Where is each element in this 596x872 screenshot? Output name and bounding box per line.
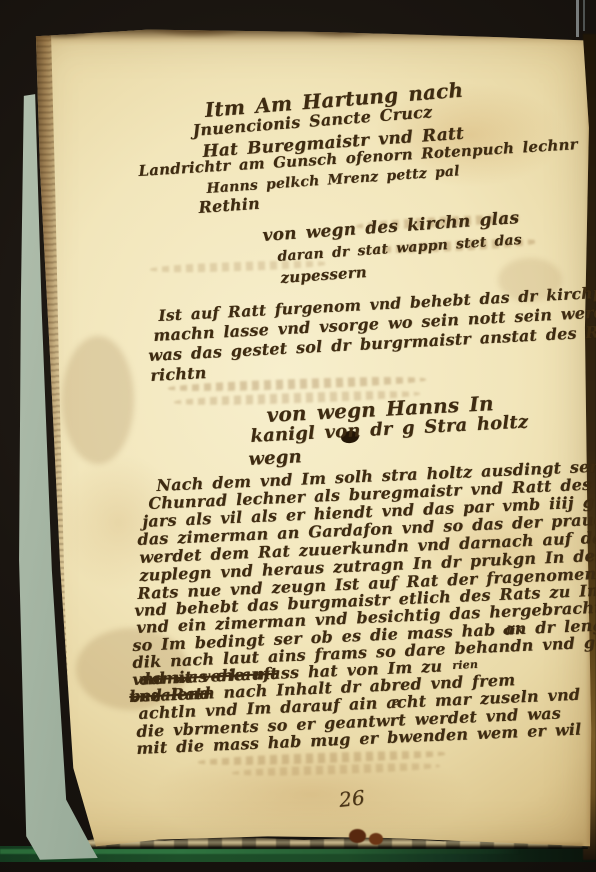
- book-clasp-line: [583, 0, 585, 31]
- interlinear-insertion: rien: [452, 659, 478, 671]
- manuscript-line: Rethin: [198, 196, 260, 216]
- stain-spot: [369, 833, 383, 845]
- stain-spot: [349, 829, 366, 843]
- book-clasp-line: [576, 0, 579, 37]
- manuscript-photo: Itm Am Hartung nach Jnuencionis Sancte C…: [0, 0, 596, 872]
- manuscript-line: richtn: [150, 365, 207, 384]
- showthrough-smudge: [62, 336, 134, 464]
- manuscript-line: wegn: [248, 448, 302, 469]
- interlinear-insertion: dik: [503, 624, 524, 636]
- page-number: 26: [338, 787, 366, 810]
- interlinear-insertion: e: [392, 696, 400, 707]
- page-burnt-top-edge: [28, 28, 594, 45]
